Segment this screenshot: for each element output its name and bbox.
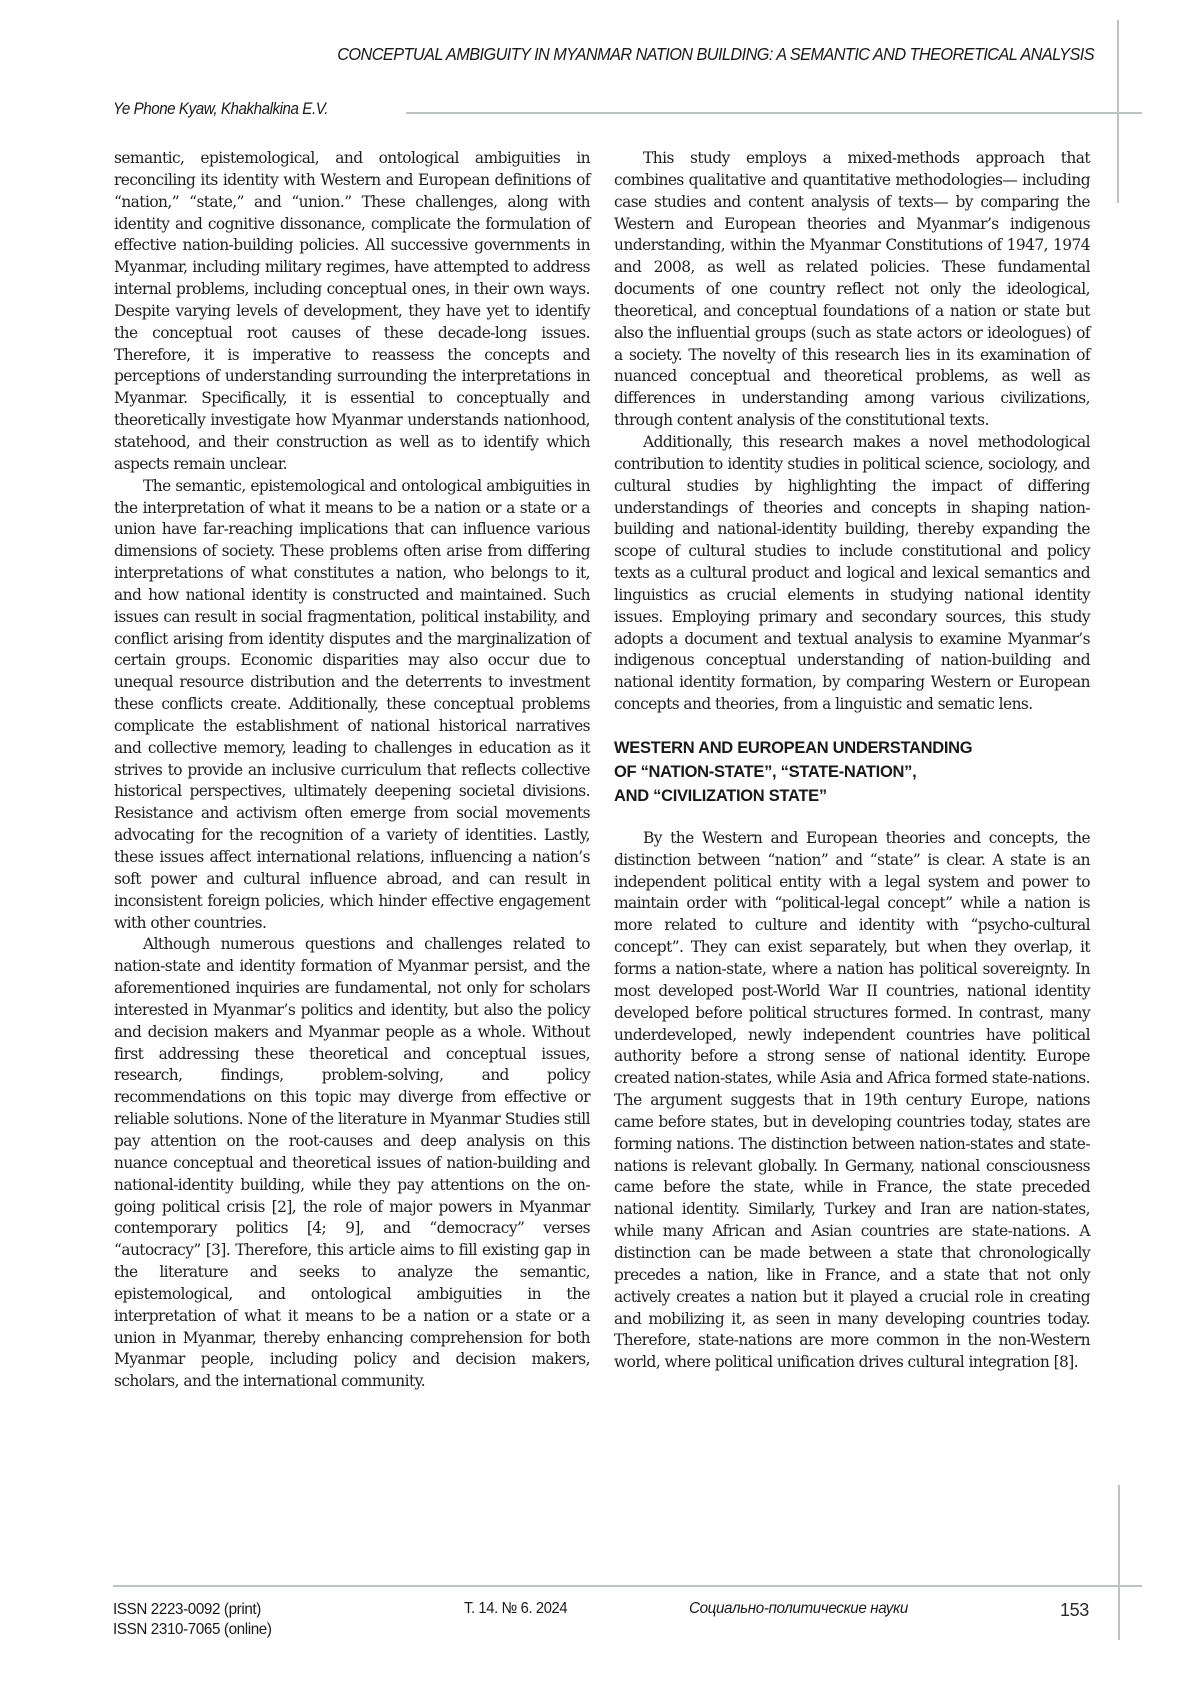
footer-volume-issue: Т. 14. № 6. 2024 <box>464 1600 567 1618</box>
footer-journal-name: Социально-политические науки <box>689 1600 908 1618</box>
paragraph: This study employs a mixed-methods appro… <box>614 148 1090 432</box>
section-heading: WESTERN AND EUROPEAN UNDERSTANDING OF “N… <box>614 736 1090 808</box>
paragraph: Although numerous questions and challeng… <box>114 934 590 1393</box>
footer-issn: ISSN 2223-0092 (print) ISSN 2310-7065 (o… <box>113 1600 272 1640</box>
running-title: CONCEPTUAL AMBIGUITY IN MYANMAR NATION B… <box>244 44 1094 65</box>
section-heading-line: WESTERN AND EUROPEAN UNDERSTANDING <box>614 736 1090 760</box>
journal-page: CONCEPTUAL AMBIGUITY IN MYANMAR NATION B… <box>0 0 1200 1697</box>
issn-online: ISSN 2310-7065 (online) <box>113 1620 272 1640</box>
right-column: This study employs a mixed-methods appro… <box>614 148 1090 1374</box>
header-horizontal-rule <box>406 112 1142 114</box>
paragraph: The semantic, epistemological and ontolo… <box>114 476 590 935</box>
section-heading-line: OF “NATION-STATE”, “STATE-NATION”, <box>614 760 1090 784</box>
issn-print: ISSN 2223-0092 (print) <box>113 1600 272 1620</box>
paragraph: By the Western and European theories and… <box>614 828 1090 1374</box>
footer-vertical-rule <box>1118 1485 1120 1640</box>
page-number: 153 <box>1060 1600 1089 1621</box>
footer-horizontal-rule <box>113 1585 1142 1587</box>
paragraph: semantic, epistemological, and ontologic… <box>114 148 590 476</box>
section-heading-line: AND “CIVILIZATION STATE” <box>614 784 1090 808</box>
authors: Ye Phone Kyaw, Khakhalkina E.V. <box>113 100 328 119</box>
left-column: semantic, epistemological, and ontologic… <box>114 148 590 1393</box>
paragraph: Additionally, this research makes a nove… <box>614 432 1090 716</box>
